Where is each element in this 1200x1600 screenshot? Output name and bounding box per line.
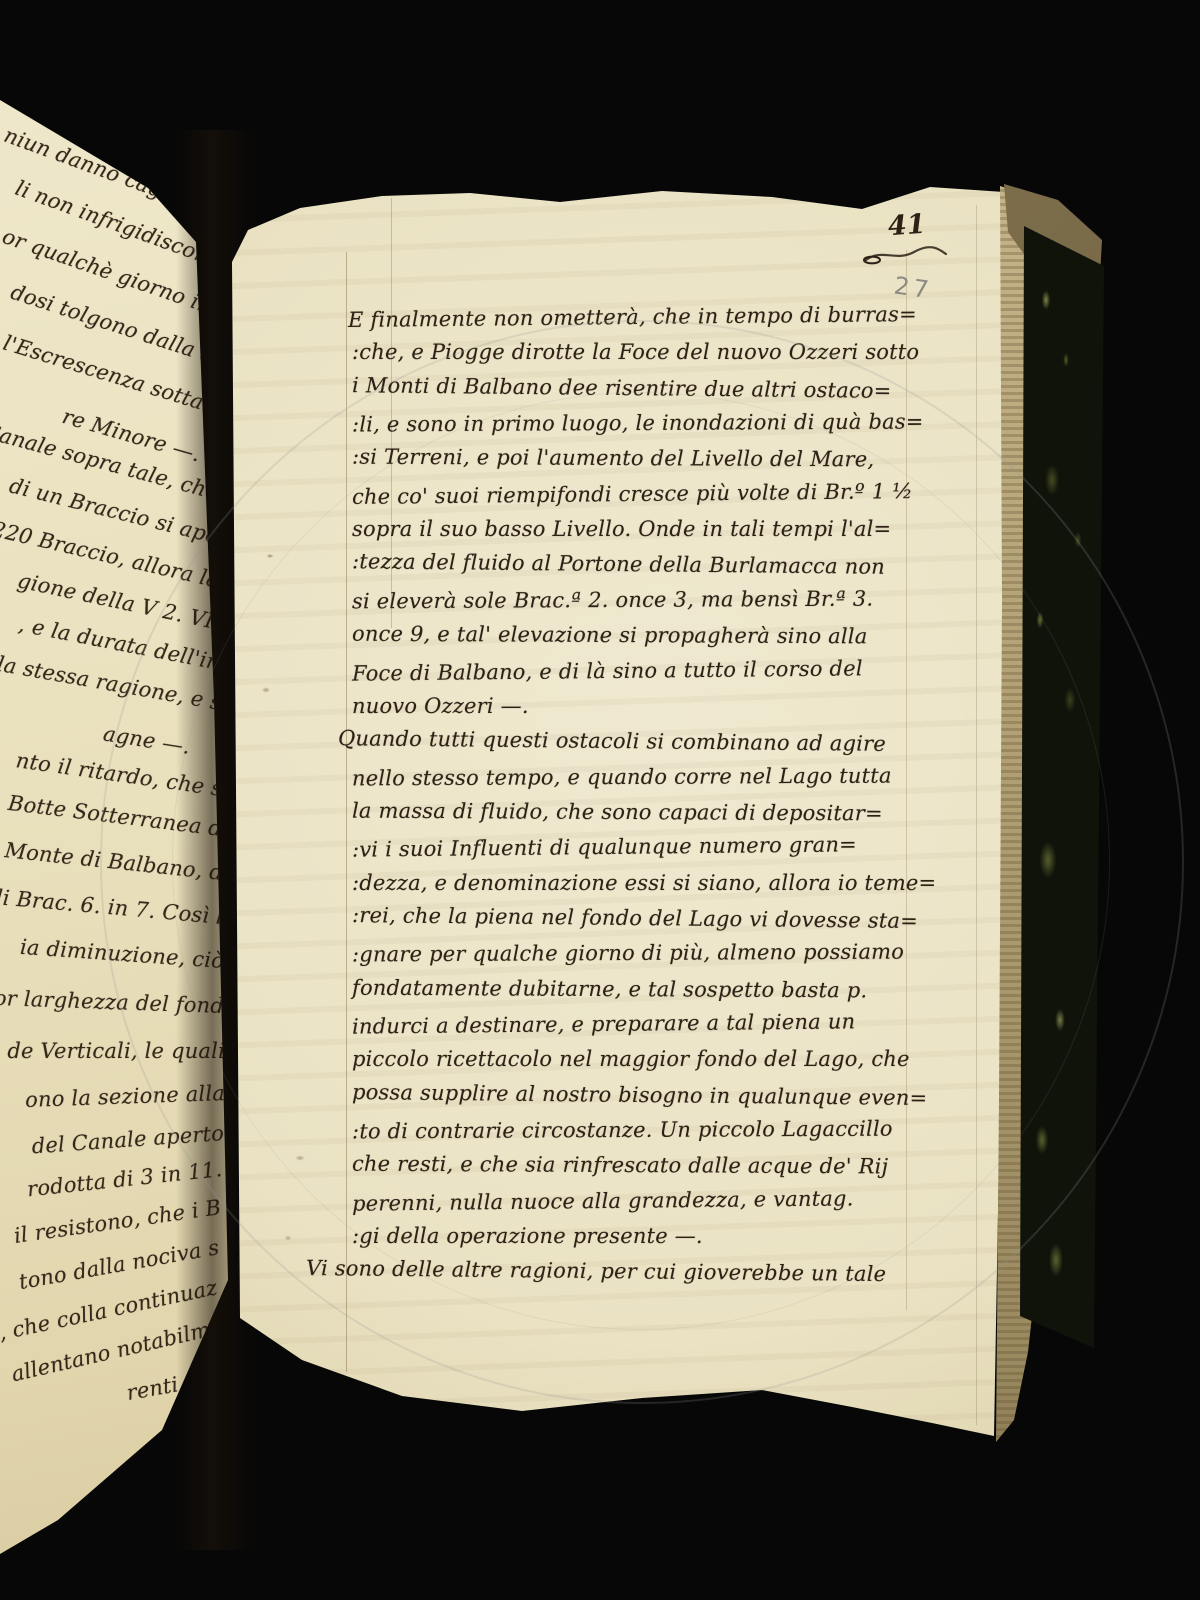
page-number-ink: 41 <box>887 211 926 241</box>
text-line: nuovo Ozzeri —. <box>352 695 529 718</box>
text-line: Quando tutti questi ostacoli si combinan… <box>338 727 886 756</box>
text-line: Vi sono delle altre ragioni, per cui gio… <box>306 1257 886 1286</box>
text-line: nello stesso tempo, e quando corre nel L… <box>352 764 892 790</box>
text-line: :to di contrarie circostanze. Un piccolo… <box>352 1118 893 1144</box>
margin-rule-left <box>346 252 347 1372</box>
page-number-flourish <box>862 244 950 266</box>
text-line: possa supplire al nostro bisogno in qual… <box>352 1081 928 1110</box>
text-line: :rei, che la piena nel fondo del Lago vi… <box>352 904 918 933</box>
text-line: once 9, e tal' elevazione si propagherà … <box>352 623 868 649</box>
text-line: :vi i suoi Influenti di qualunque numero… <box>352 834 857 862</box>
text-line: :tezza del fluido al Portone della Burla… <box>352 551 885 580</box>
text-line: :si Terreni, e poi l'aumento del Livello… <box>352 446 874 472</box>
text-line: fondatamente dubitarne, e tal sospetto b… <box>352 976 867 1002</box>
text-line: indurci a destinare, e preparare a tal p… <box>352 1010 855 1038</box>
text-line: Foce di Balbano, e di là sino a tutto il… <box>352 657 863 685</box>
page-number-pencil: 27 <box>893 273 935 302</box>
text-line: perenni, nulla nuoce alla grandezza, e v… <box>352 1187 854 1215</box>
text-line: :dezza, e denominazione essi si siano, a… <box>352 872 936 895</box>
text-line: che resti, e che sia rinfrescato dalle a… <box>352 1153 888 1179</box>
text-line: la massa di fluido, che sono capaci di d… <box>352 800 883 826</box>
text-line: sopra il suo basso Livello. Onde in tali… <box>352 518 891 541</box>
text-line: i Monti di Balbano dee risentire due alt… <box>352 374 892 403</box>
text-line: che co' suoi riempifondi cresce più volt… <box>352 480 913 509</box>
manuscript-photo: niun danno cagionali non infrigidisconor… <box>0 0 1200 1600</box>
text-line: :gnare per qualche giorno di più, almeno… <box>352 941 904 967</box>
page-curl-line <box>976 205 977 1425</box>
text-line: piccolo ricettacolo nel maggior fondo de… <box>352 1048 910 1071</box>
text-line: :che, e Piogge dirotte la Foce del nuovo… <box>352 341 919 364</box>
text-line: E finalmente non ometterà, che in tempo … <box>348 303 917 332</box>
text-line: :gi della operazione presente —. <box>352 1225 703 1248</box>
text-line: si eleverà sole Brac.ª 2. once 3, ma ben… <box>352 587 873 613</box>
text-line: :li, e sono in primo luogo, le inondazio… <box>352 411 924 437</box>
